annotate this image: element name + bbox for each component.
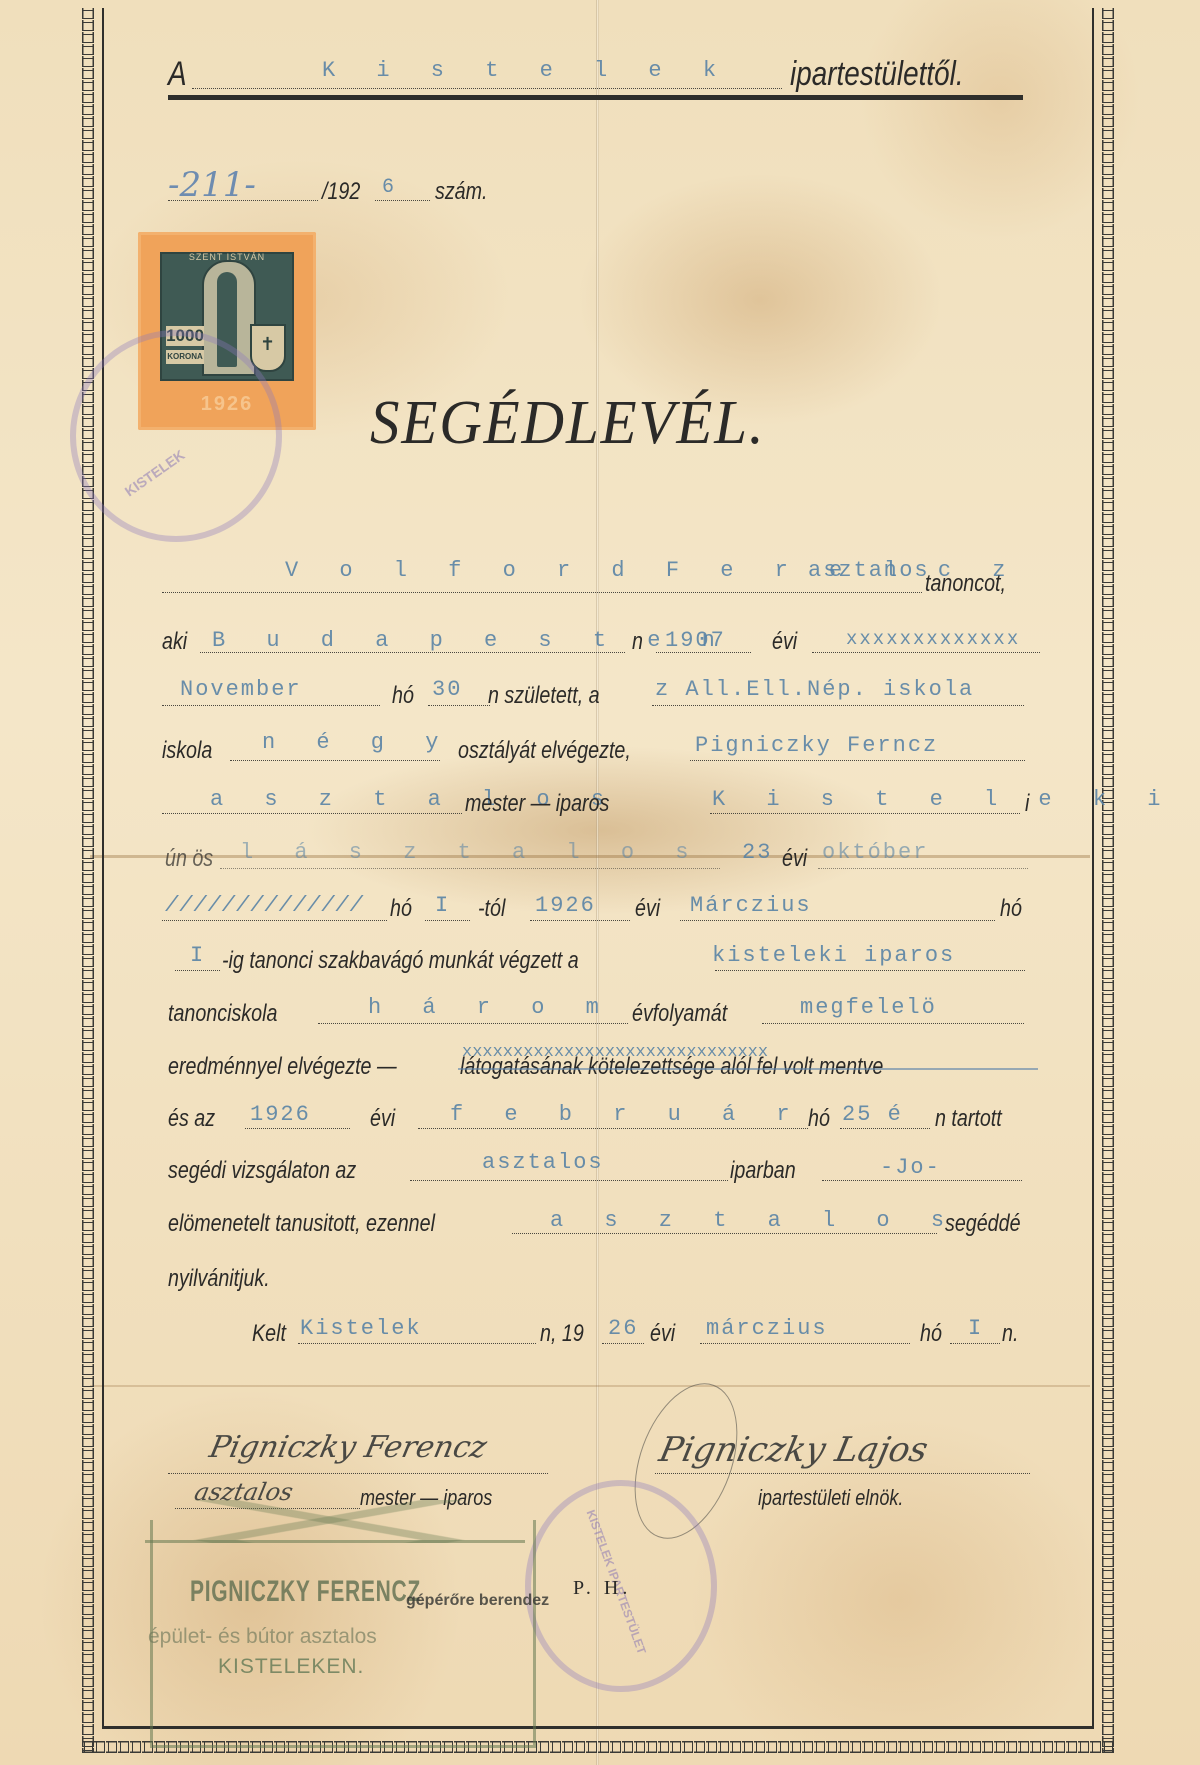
line14-label: nyilvánitjuk.: [168, 1265, 270, 1293]
line10-overtype-x: xxxxxxxxxxxxxxxxxxxxxxxxxxxxxx: [462, 1043, 768, 1062]
line13-label-start: elömenetelt tanusitott, ezennel: [168, 1210, 435, 1238]
border-rule-left: [102, 8, 104, 1728]
header-rule: [168, 95, 1023, 100]
exam-month: f e b r u á r: [450, 1102, 804, 1127]
line9-label-start: tanonciskola: [168, 1000, 277, 1028]
line4-label-iskola: iskola: [162, 737, 212, 765]
line12-dotted-b: [822, 1180, 1022, 1181]
company-stamp-line2: épület- és bútor asztalos: [148, 1625, 377, 1649]
line8-label-text: -ig tanonci szakbavágó munkát végzett a: [222, 947, 579, 975]
dated-label-evi: évi: [650, 1320, 675, 1348]
dated-label-end: n.: [1002, 1320, 1018, 1348]
school-result: megfelelö: [800, 995, 937, 1020]
border-chain-left: [82, 8, 94, 1753]
line6-label-evi: évi: [782, 845, 807, 873]
dated-dotted-b: [602, 1343, 644, 1344]
line5-dotted-a: [162, 813, 462, 814]
line10-strikethrough: [458, 1068, 1038, 1070]
vocational-school: kisteleki iparos: [712, 943, 955, 968]
reference-year-typed: 6: [382, 176, 396, 199]
document-title: SEGÉDLEVÉL.: [370, 388, 766, 459]
contract-year: 23: [742, 840, 772, 865]
line11-dotted-a: [245, 1128, 350, 1129]
exam-year: 1926: [250, 1102, 311, 1127]
start-day: I: [435, 893, 450, 918]
header-suffix: ipartestülettől.: [790, 55, 964, 94]
line2-label-n: n: [632, 628, 643, 656]
birth-year: 1907: [665, 628, 726, 653]
line7-dotted-d: [680, 920, 995, 921]
line9-dotted-b: [762, 1023, 1024, 1024]
border-rule-right: [1092, 8, 1094, 1728]
dated-day: I: [968, 1316, 983, 1341]
dated-dotted-d: [950, 1343, 1000, 1344]
line5-label-i: i: [1025, 790, 1029, 818]
birth-day: 30: [432, 677, 462, 702]
end-year: 1926: [535, 893, 596, 918]
line8-dotted-b: [715, 970, 1025, 971]
certified-trade: a s z t a l o s: [550, 1208, 958, 1233]
end-month: Márczius: [690, 893, 812, 918]
line1-label-end: tanoncot,: [925, 570, 1006, 598]
birth-month: November: [180, 677, 302, 702]
line6-unclear: l á s z t a l o s: [240, 840, 702, 865]
line6-label-start: ún ös: [165, 845, 213, 873]
school-years: h á r o m: [368, 995, 613, 1020]
line11-dotted-c: [840, 1128, 930, 1129]
dated-label-kelt: Kelt: [252, 1320, 286, 1348]
official-seal-left: [70, 330, 282, 542]
dated-year: 26: [608, 1316, 638, 1341]
line8-dotted-a: [175, 970, 220, 971]
dated-label-ho: hó: [920, 1320, 942, 1348]
line12-label-start: segédi vizsgálaton az: [168, 1157, 356, 1185]
line9-label-mid: évfolyamát: [632, 1000, 727, 1028]
contract-month: október: [822, 840, 928, 865]
dated-month: márczius: [706, 1316, 828, 1341]
dated-label-n19: n, 19: [540, 1320, 584, 1348]
line11-label-ho: hó: [808, 1105, 830, 1133]
dated-place: Kistelek: [300, 1316, 422, 1341]
line11-label-end: n tartott: [935, 1105, 1002, 1133]
apprentice-trade: asztalos: [808, 558, 930, 583]
end-day: I: [190, 943, 205, 968]
line10-label-start: eredménnyel elvégezte —: [168, 1053, 397, 1081]
grades-completed: n é g y: [262, 730, 452, 755]
company-stamp-line3: KISTELEKEN.: [218, 1655, 364, 1679]
exam-day: 25 é: [842, 1102, 903, 1127]
exam-grade: -Jo-: [880, 1155, 941, 1180]
line11-label-start: és az: [168, 1105, 215, 1133]
signature-left-line: [168, 1473, 548, 1474]
reference-label: szám.: [435, 178, 487, 206]
elementary-school: z All.Ell.Nép. iskola: [655, 677, 974, 702]
line7-label-tol: -tól: [478, 895, 505, 923]
ph-label: P. H.: [573, 1577, 631, 1600]
company-stamp-overprint: gépérőre berendez: [406, 1592, 549, 1610]
exam-trade: asztalos: [482, 1150, 604, 1175]
company-stamp-name: PIGNICZKY FERENCZ: [190, 1575, 421, 1609]
line11-dotted-b: [418, 1128, 808, 1129]
line13-dotted: [512, 1233, 937, 1234]
reference-dotted-line: [168, 200, 318, 201]
birthplace: B u d a p e s t e n: [212, 628, 729, 653]
line11-label-evi: évi: [370, 1105, 395, 1133]
header-dotted-line: [192, 88, 782, 89]
master-name: Pigniczky Ferncz: [695, 733, 938, 758]
line7-label-ho: hó: [390, 895, 412, 923]
line3-label-born: n született, a: [488, 682, 600, 710]
line7-dotted-b: [425, 920, 470, 921]
line13-label-end: segéddé: [945, 1210, 1021, 1238]
line5-label-master: mester — iparos: [465, 790, 609, 818]
line2-label-evi: évi: [772, 628, 797, 656]
line9-dotted-a: [318, 1023, 628, 1024]
line3-dotted-c: [652, 705, 1024, 706]
header-prefix: A: [168, 55, 187, 94]
line3-dotted-a: [162, 705, 380, 706]
line6-dotted-b: [818, 868, 1028, 869]
line2-dotted-c: [812, 652, 1040, 653]
line3-dotted-b: [428, 705, 490, 706]
reference-year-dotted: [375, 200, 430, 201]
line5-dotted-b: [710, 813, 1020, 814]
line3-label-ho: hó: [392, 682, 414, 710]
line12-dotted-a: [410, 1180, 728, 1181]
line6-dotted-a: [220, 868, 720, 869]
line2-filler-x: xxxxxxxxxxxxx: [846, 628, 1020, 650]
line2-label-start: aki: [162, 628, 187, 656]
reference-year-printed: /192: [322, 178, 360, 206]
line7-label-evi: évi: [635, 895, 660, 923]
line4-dotted-a: [230, 760, 440, 761]
header-guild-name: K i s t e l e k: [322, 58, 730, 83]
reference-number: -211-: [168, 165, 256, 205]
dated-dotted-a: [298, 1343, 536, 1344]
line4-label-finished: osztályát elvégezte,: [458, 737, 631, 765]
signature-right-label: ipartestületi elnök.: [758, 1485, 903, 1511]
line7-filler: //////////////: [165, 893, 364, 918]
line12-label-mid: iparban: [730, 1157, 796, 1185]
line1-dotted: [162, 592, 922, 593]
dated-dotted-c: [700, 1343, 910, 1344]
line7-dotted-a: [162, 920, 387, 921]
master-place: K i s t e l e k i: [712, 787, 1174, 812]
border-chain-right: [1102, 8, 1114, 1753]
signature-master: Pigniczky Ferencz: [206, 1430, 490, 1465]
line7-label-ho2: hó: [1000, 895, 1022, 923]
line4-dotted-b: [690, 760, 1025, 761]
line7-dotted-c: [530, 920, 630, 921]
